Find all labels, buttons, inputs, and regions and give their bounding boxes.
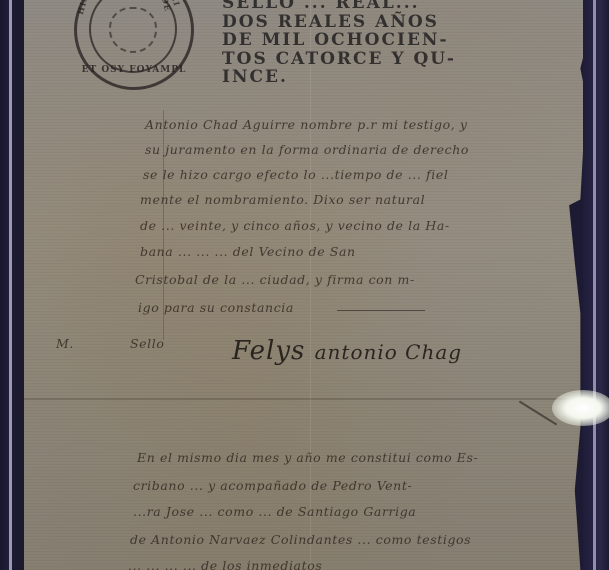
signature-surname: antonio Chag [315,340,462,364]
signature-first-name: Felys [232,336,305,366]
stamp-line: SELLO ... REAL... [222,0,542,13]
handwritten-line: En el mismo dia mes y año me constitui c… [137,450,478,465]
frame-left-inner [12,0,25,570]
stamp-line: TOS CATORCE Y QU- [222,50,542,69]
margin-note: M. [56,336,74,351]
handwritten-line: se le hizo cargo efecto lo ...tiempo de … [143,167,448,182]
signature: Felys antonio Chag [232,336,462,366]
handwritten-line: cribano ... y acompañado de Pedro Vent- [133,478,412,493]
seal-text-left: HISP [75,0,92,16]
handwritten-line: Antonio Chad Aguirre nombre p.r mi testi… [145,117,468,132]
crest-icon [109,7,157,53]
paper-fold-horizontal [24,398,584,400]
handwritten-line: ...ra Jose ... como ... de Santiago Garr… [133,504,416,519]
frame-right-border [583,0,609,570]
margin-note-seal: Sello [130,336,164,351]
stamp-line: DE MIL OCHOCIEN- [222,31,542,50]
handwritten-line: bana ... ... ... del Vecino de San [140,244,356,259]
handwritten-line: de ... veinte, y cinco años, y vecino de… [140,218,450,233]
handwritten-line: su juramento en la forma ordinaria de de… [145,142,469,157]
handwritten-line: igo para su constancia [138,300,294,315]
stamp-line: INCE. [222,68,542,87]
closing-rule-line [337,310,425,311]
printed-stamp-header: SELLO ... REAL... DOS REALES AÑOS DE MIL… [222,0,542,87]
handwritten-line: Cristobal de la ... ciudad, y firma con … [135,272,415,287]
handwritten-line: mente el nombramiento. Dixo ser natural [140,192,425,207]
stamp-line: DOS REALES AÑOS [222,13,542,32]
seal-text-bottom: ET OSY FOYAMPL [77,65,191,75]
light-glare-reflection [552,390,609,426]
frame-right-mat-line [593,0,596,570]
handwritten-line: de Antonio Narvaez Colindantes ... como … [130,532,471,547]
handwritten-line: ... ... ... ... de los inmediatos [128,558,322,570]
